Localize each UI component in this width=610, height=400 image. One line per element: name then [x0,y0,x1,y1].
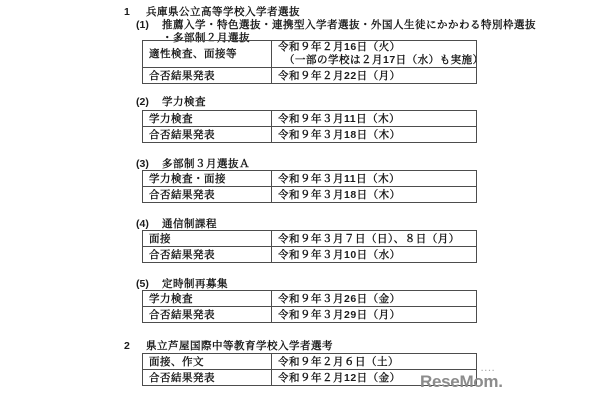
subsection3-title: 多部制３月選抜Ａ [162,158,250,170]
schedule-table-3: 学力検査・面接 令和９年３月11日（木） 合否結果発表 令和９年３月18日（木） [142,170,477,203]
schedule-table-5: 学力検査 令和９年３月26日（金） 合否結果発表 令和９年３月29日（月） [142,290,477,323]
subsection4-title: 通信制課程 [162,218,217,230]
section2-title: 県立芦屋国際中等教育学校入学者選考 [146,340,333,352]
section1-title: 兵庫県公立高等学校入学者選抜 [146,6,300,18]
table-row: 合否結果発表 令和９年３月29日（月） [143,307,477,323]
row-label-cell: 適性検査、面接等 [143,41,272,68]
table-row: 合否結果発表 令和９年２月22日（月） [143,68,477,84]
table-row: 合否結果発表 令和９年３月18日（木） [143,187,477,203]
row-label-cell: 合否結果発表 [143,187,272,203]
subsection5-title: 定時制再募集 [162,278,228,290]
subsection2-heading: (2)学力検査 [136,96,206,109]
subsection3-heading: (3)多部制３月選抜Ａ [136,158,250,171]
row-label-cell: 合否結果発表 [143,307,272,323]
resemom-logo-period: . [498,372,502,391]
row-value-cell: 令和９年２月16日（火） （一部の学校は２月17日（水）も実施） [272,41,477,68]
table-row: 面接、作文 令和９年２月６日（土） [143,354,477,370]
row-value-cell: 令和９年３月11日（木） [272,171,477,187]
resemom-logo: ····ReseMom. [420,373,503,390]
subsection1-line1: (1)推薦入学・特色選抜・連携型入学者選抜・外国人生徒にかかわる特別枠選抜 [136,19,536,32]
schedule-table-4: 面接 令和９年３月７日（日）、８日（月） 合否結果発表 令和９年３月10日（水） [142,230,477,263]
table-row: 適性検査、面接等 令和９年２月16日（火） （一部の学校は２月17日（水）も実施… [143,41,477,68]
row-label-cell: 合否結果発表 [143,370,272,386]
row-label-cell: 面接、作文 [143,354,272,370]
value-line1: 令和９年２月16日（火） [278,41,474,54]
document-page: 1兵庫県公立高等学校入学者選抜 (1)推薦入学・特色選抜・連携型入学者選抜・外国… [0,0,610,400]
row-value-cell: 令和９年３月18日（木） [272,127,477,143]
subsection5-heading: (5)定時制再募集 [136,278,228,291]
section1-heading: 1兵庫県公立高等学校入学者選抜 [124,6,300,19]
row-value-cell: 令和９年３月18日（木） [272,187,477,203]
table-row: 合否結果発表 令和９年３月10日（水） [143,247,477,263]
row-label-cell: 面接 [143,231,272,247]
value-line2: （一部の学校は２月17日（水）も実施） [278,54,474,67]
subsection1-number: (1) [136,19,162,32]
row-value-cell: 令和９年３月26日（金） [272,291,477,307]
subsection2-number: (2) [136,96,162,109]
subsection1-title: 推薦入学・特色選抜・連携型入学者選抜・外国人生徒にかかわる特別枠選抜 [162,19,536,31]
table-row: 学力検査・面接 令和９年３月11日（木） [143,171,477,187]
subsection5-number: (5) [136,278,162,291]
row-label-cell: 学力検査 [143,291,272,307]
subsection3-number: (3) [136,158,162,171]
row-value-cell: 令和９年３月10日（水） [272,247,477,263]
subsection4-number: (4) [136,218,162,231]
subsection4-heading: (4)通信制課程 [136,218,217,231]
section1-number: 1 [124,6,146,19]
row-label-cell: 学力検査 [143,111,272,127]
schedule-table-2: 学力検査 令和９年３月11日（木） 合否結果発表 令和９年３月18日（木） [142,110,477,143]
table-row: 面接 令和９年３月７日（日）、８日（月） [143,231,477,247]
section2-heading: 2県立芦屋国際中等教育学校入学者選考 [124,340,333,353]
row-value-cell: 令和９年２月６日（土） [272,354,477,370]
row-label-cell: 学力検査・面接 [143,171,272,187]
row-value-cell: 令和９年３月７日（日）、８日（月） [272,231,477,247]
section2-number: 2 [124,340,146,353]
row-label-cell: 合否結果発表 [143,127,272,143]
row-value-cell: 令和９年３月11日（木） [272,111,477,127]
table-row: 合否結果発表 令和９年３月18日（木） [143,127,477,143]
row-label-cell: 合否結果発表 [143,68,272,84]
schedule-table-1: 適性検査、面接等 令和９年２月16日（火） （一部の学校は２月17日（水）も実施… [142,40,477,84]
row-value-cell: 令和９年２月22日（月） [272,68,477,84]
resemom-logo-dots: ···· [481,368,496,374]
row-value-cell: 令和９年３月29日（月） [272,307,477,323]
table-row: 学力検査 令和９年３月26日（金） [143,291,477,307]
row-label-cell: 合否結果発表 [143,247,272,263]
subsection2-title: 学力検査 [162,96,206,108]
table-row: 学力検査 令和９年３月11日（木） [143,111,477,127]
